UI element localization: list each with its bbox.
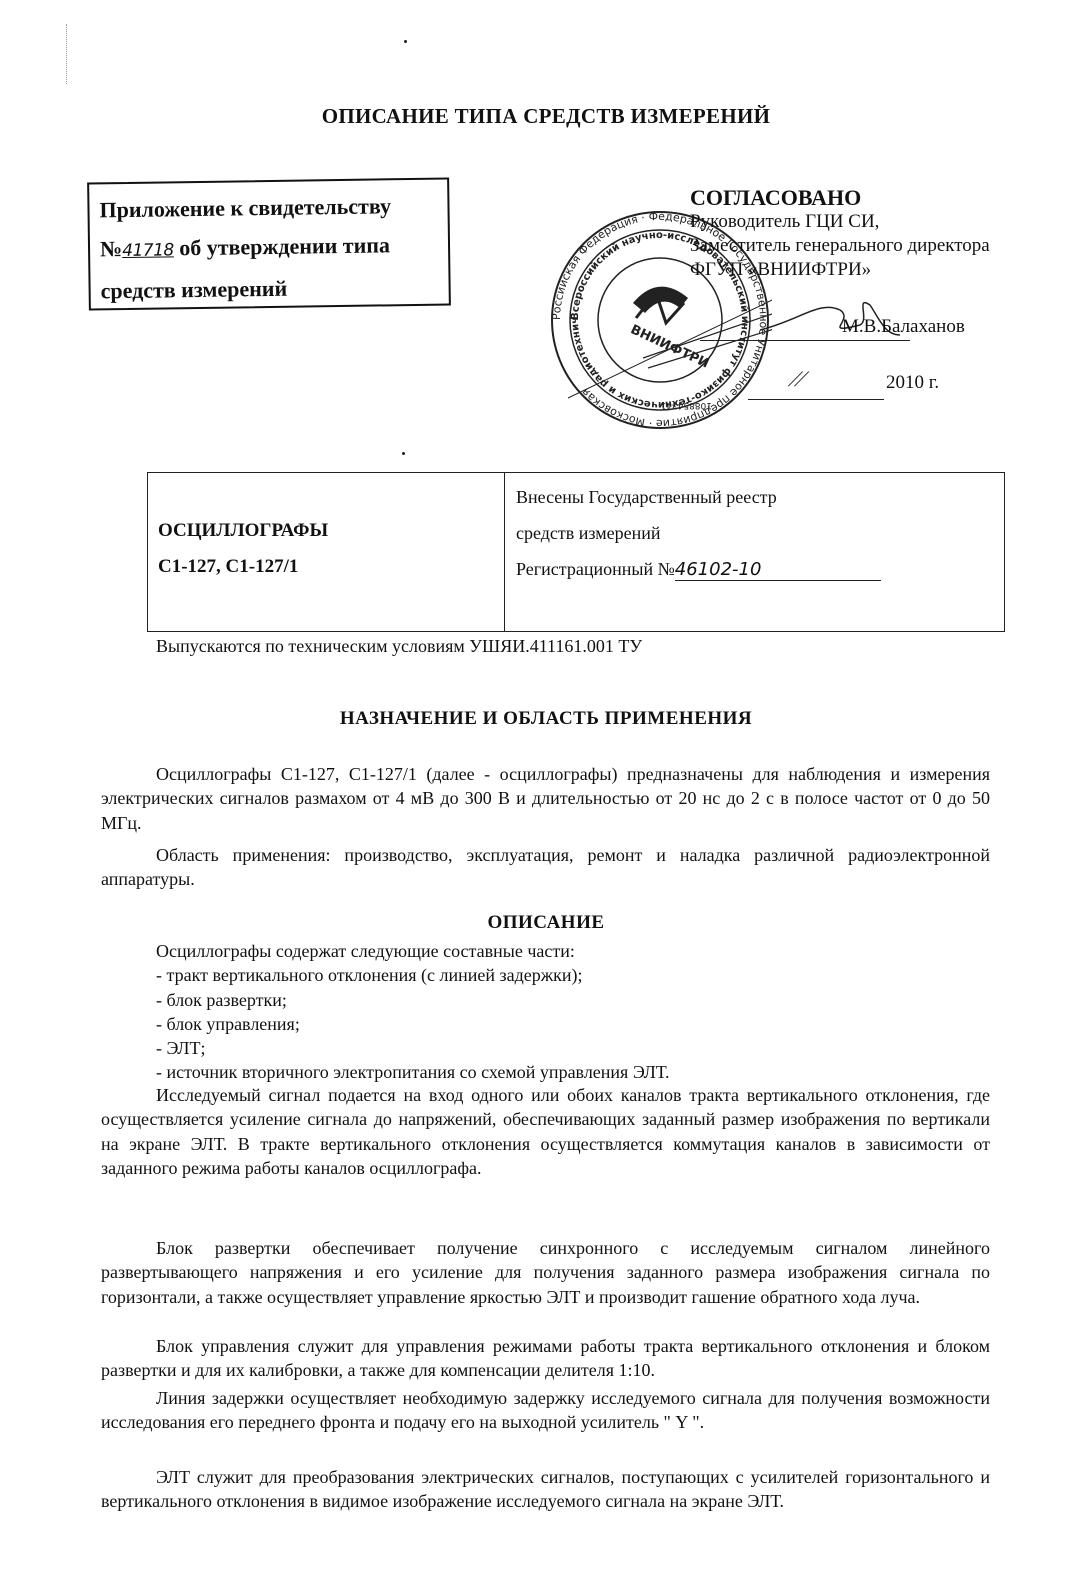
registry-cell: Внесены Государственный реестр средств и… — [516, 479, 881, 587]
list-item: - тракт вертикального отклонения (с лини… — [156, 963, 996, 987]
appendix-certificate-box: Приложение к свидетельству №41718 об утв… — [87, 177, 451, 310]
section-title-description: ОПИСАНИЕ — [0, 912, 1092, 934]
appendix-line-2-rest: об утверждении типа — [174, 232, 391, 260]
registry-label: Регистрационный № — [516, 559, 675, 579]
paragraph-application-area: Область применения: производство, эксплу… — [101, 843, 990, 892]
components-intro: Осциллографы содержат следующие составны… — [156, 939, 996, 963]
registry-number-handwritten: 46102-10 — [675, 560, 881, 581]
scan-speck — [404, 40, 407, 43]
appendix-line-3: средств измерений — [100, 266, 449, 310]
svg-text:108854341: 108854341 — [660, 400, 712, 410]
paragraph-sweep-unit: Блок развертки обеспечивает получение си… — [101, 1236, 990, 1309]
registry-line-1: Внесены Государственный реестр — [516, 479, 881, 515]
approval-role-line-2: Заместитель генерального директора — [690, 234, 1090, 258]
technical-conditions: Выпускаются по техническим условиям УШЯИ… — [156, 636, 642, 657]
approval-year: 2010 г. — [886, 372, 939, 394]
product-name: ОСЦИЛЛОГРАФЫ — [158, 513, 328, 549]
approval-role-line-1: Руководитель ГЦИ СИ, — [690, 210, 1090, 234]
registry-table: ОСЦИЛЛОГРАФЫ С1-127, С1-127/1 Внесены Го… — [147, 472, 1005, 632]
registry-number-line: Регистрационный №46102-10 — [516, 551, 881, 587]
signer-name: М.В.Балаханов — [842, 316, 965, 338]
approval-block: СОГЛАСОВАНО Руководитель ГЦИ СИ, Замести… — [690, 186, 1090, 282]
svg-text:ВНИИФТРИ: ВНИИФТРИ — [628, 322, 711, 371]
registry-line-2: средств измерений — [516, 515, 881, 551]
handwritten-date-mark: // — [786, 366, 810, 392]
appendix-line-1: Приложение к свидетельству — [99, 186, 448, 230]
document-title: ОПИСАНИЕ ТИПА СРЕДСТВ ИЗМЕРЕНИЙ — [0, 104, 1092, 129]
paragraph-purpose: Осциллографы С1-127, С1-127/1 (далее - о… — [101, 762, 990, 835]
list-item: - блок управления; — [156, 1012, 996, 1036]
date-line — [748, 399, 884, 400]
product-cell: ОСЦИЛЛОГРАФЫ С1-127, С1-127/1 — [158, 513, 328, 585]
paragraph-delay-line: Линия задержки осуществляет необходимую … — [101, 1386, 990, 1435]
approval-organization: ФГУП «ВНИИФТРИ» — [690, 258, 1090, 282]
table-divider — [504, 473, 505, 631]
list-item: - источник вторичного электропитания со … — [156, 1060, 996, 1084]
number-sign: № — [100, 236, 122, 261]
paragraph-crt: ЭЛТ служит для преобразования электричес… — [101, 1465, 990, 1514]
approval-heading: СОГЛАСОВАНО — [690, 186, 1090, 210]
scan-edge-marks — [66, 24, 73, 84]
paragraph-control-unit: Блок управления служит для управления ре… — [101, 1334, 990, 1383]
paragraph-signal-path: Исследуемый сигнал подается на вход одно… — [101, 1083, 990, 1180]
components-list: Осциллографы содержат следующие составны… — [156, 939, 996, 1085]
product-models: С1-127, С1-127/1 — [158, 549, 328, 585]
appendix-line-2: №41718 об утверждении типа — [100, 225, 449, 272]
scan-speck — [402, 452, 405, 455]
section-title-purpose: НАЗНАЧЕНИЕ И ОБЛАСТЬ ПРИМЕНЕНИЯ — [0, 708, 1092, 730]
certificate-number-handwritten: 41718 — [122, 240, 174, 261]
list-item: - ЭЛТ; — [156, 1036, 996, 1060]
list-item: - блок развертки; — [156, 988, 996, 1012]
